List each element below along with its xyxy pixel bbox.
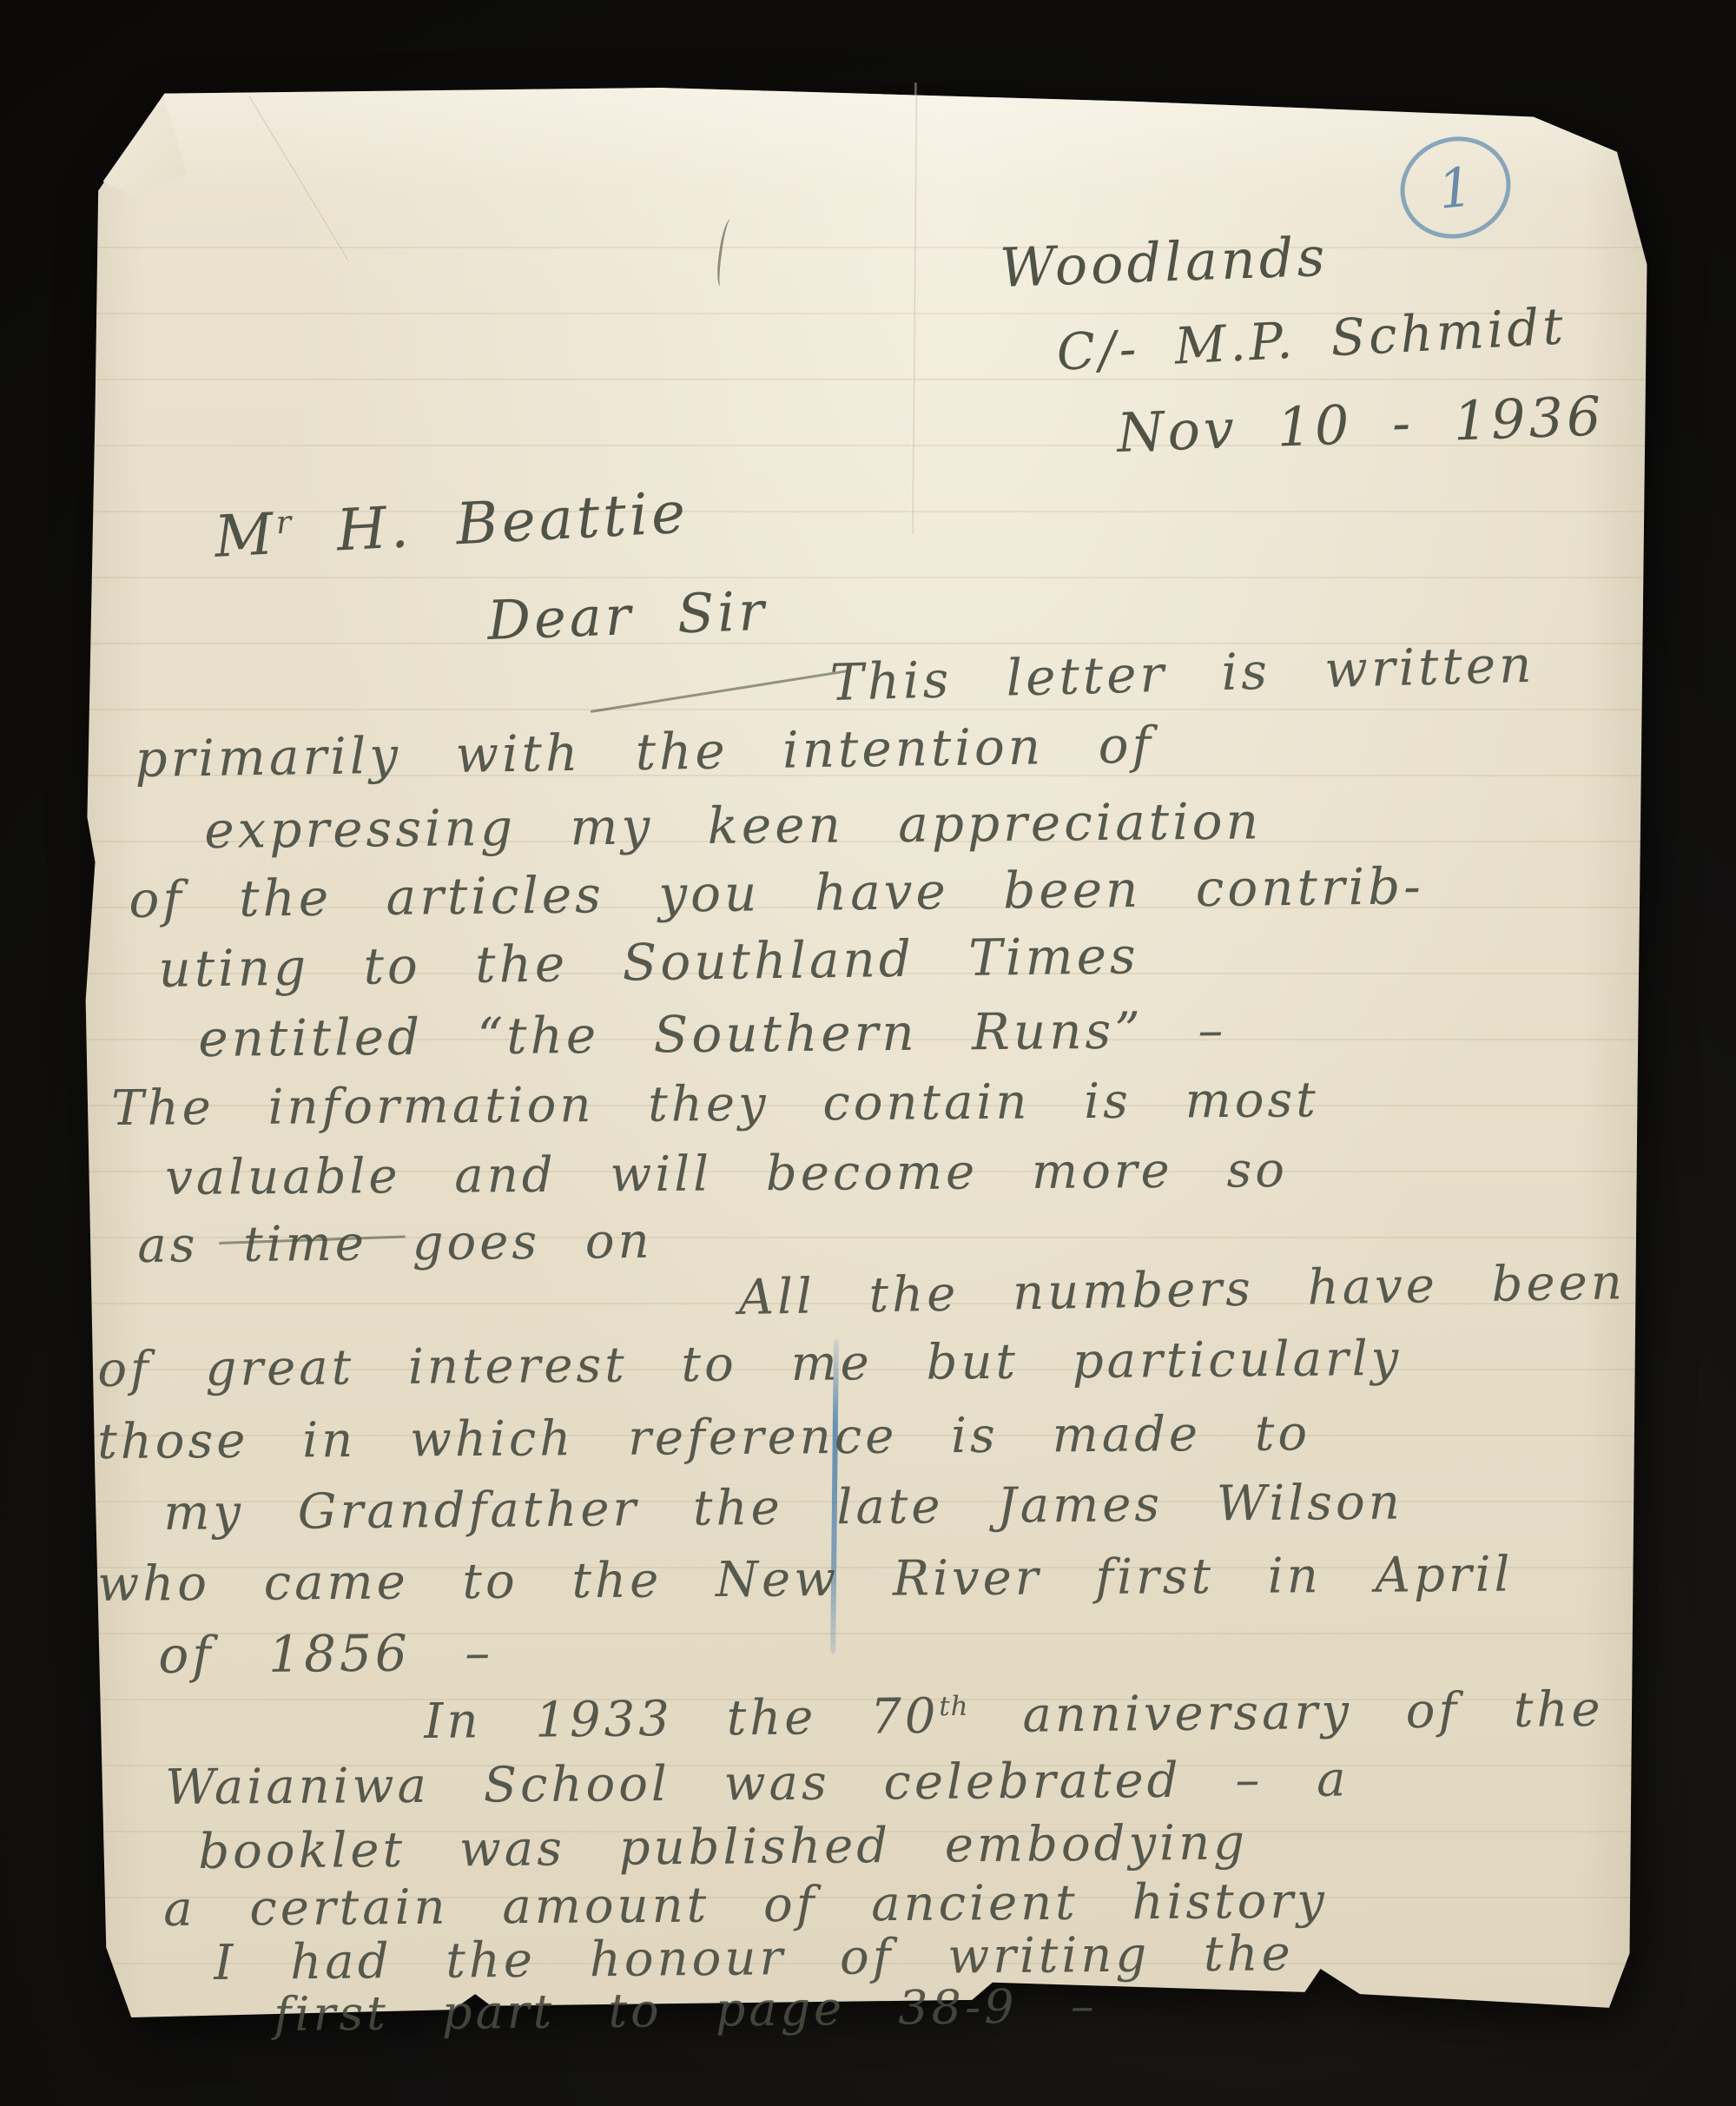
body-line-8: valuable and will become more so <box>165 1142 1288 1206</box>
body-line-14: who came to the New River first in April <box>97 1547 1514 1613</box>
anniversary-pre: In 1933 the 70 <box>424 1688 940 1750</box>
body-line-6: entitled “the Southern Runs” – <box>198 1000 1227 1068</box>
body-line-9: as time goes on <box>137 1213 653 1274</box>
anniversary-superscript: th <box>939 1691 969 1722</box>
closing-line-1: Waianiwa School was celebrated – a <box>165 1751 1350 1816</box>
body-line-11: of great interest to me but particularly <box>97 1330 1403 1398</box>
closing-line-5: first part to page 38-9 – <box>274 1978 1098 2042</box>
anniversary-post: anniversary of the <box>968 1681 1604 1745</box>
recipient-superscript: r <box>275 503 294 541</box>
scanned-letter-page: { "document": { "type": "handwritten let… <box>0 0 1736 2106</box>
recipient-pre: M <box>213 500 279 571</box>
body-line-15: of 1856 – <box>158 1623 493 1685</box>
header-place: Woodlands <box>999 225 1329 300</box>
body-line-12: those in which reference is made to <box>97 1405 1310 1470</box>
body-line-3: expressing my keen appreciation <box>204 791 1262 860</box>
body-line-7: The information they contain is most <box>111 1072 1319 1137</box>
greeting-line: Dear Sir <box>486 579 769 652</box>
closing-line-2: booklet was published embodying <box>198 1814 1248 1880</box>
page-number-text: 1 <box>1436 155 1476 221</box>
body-line-13: my Grandfather the late James Wilson <box>163 1475 1403 1542</box>
